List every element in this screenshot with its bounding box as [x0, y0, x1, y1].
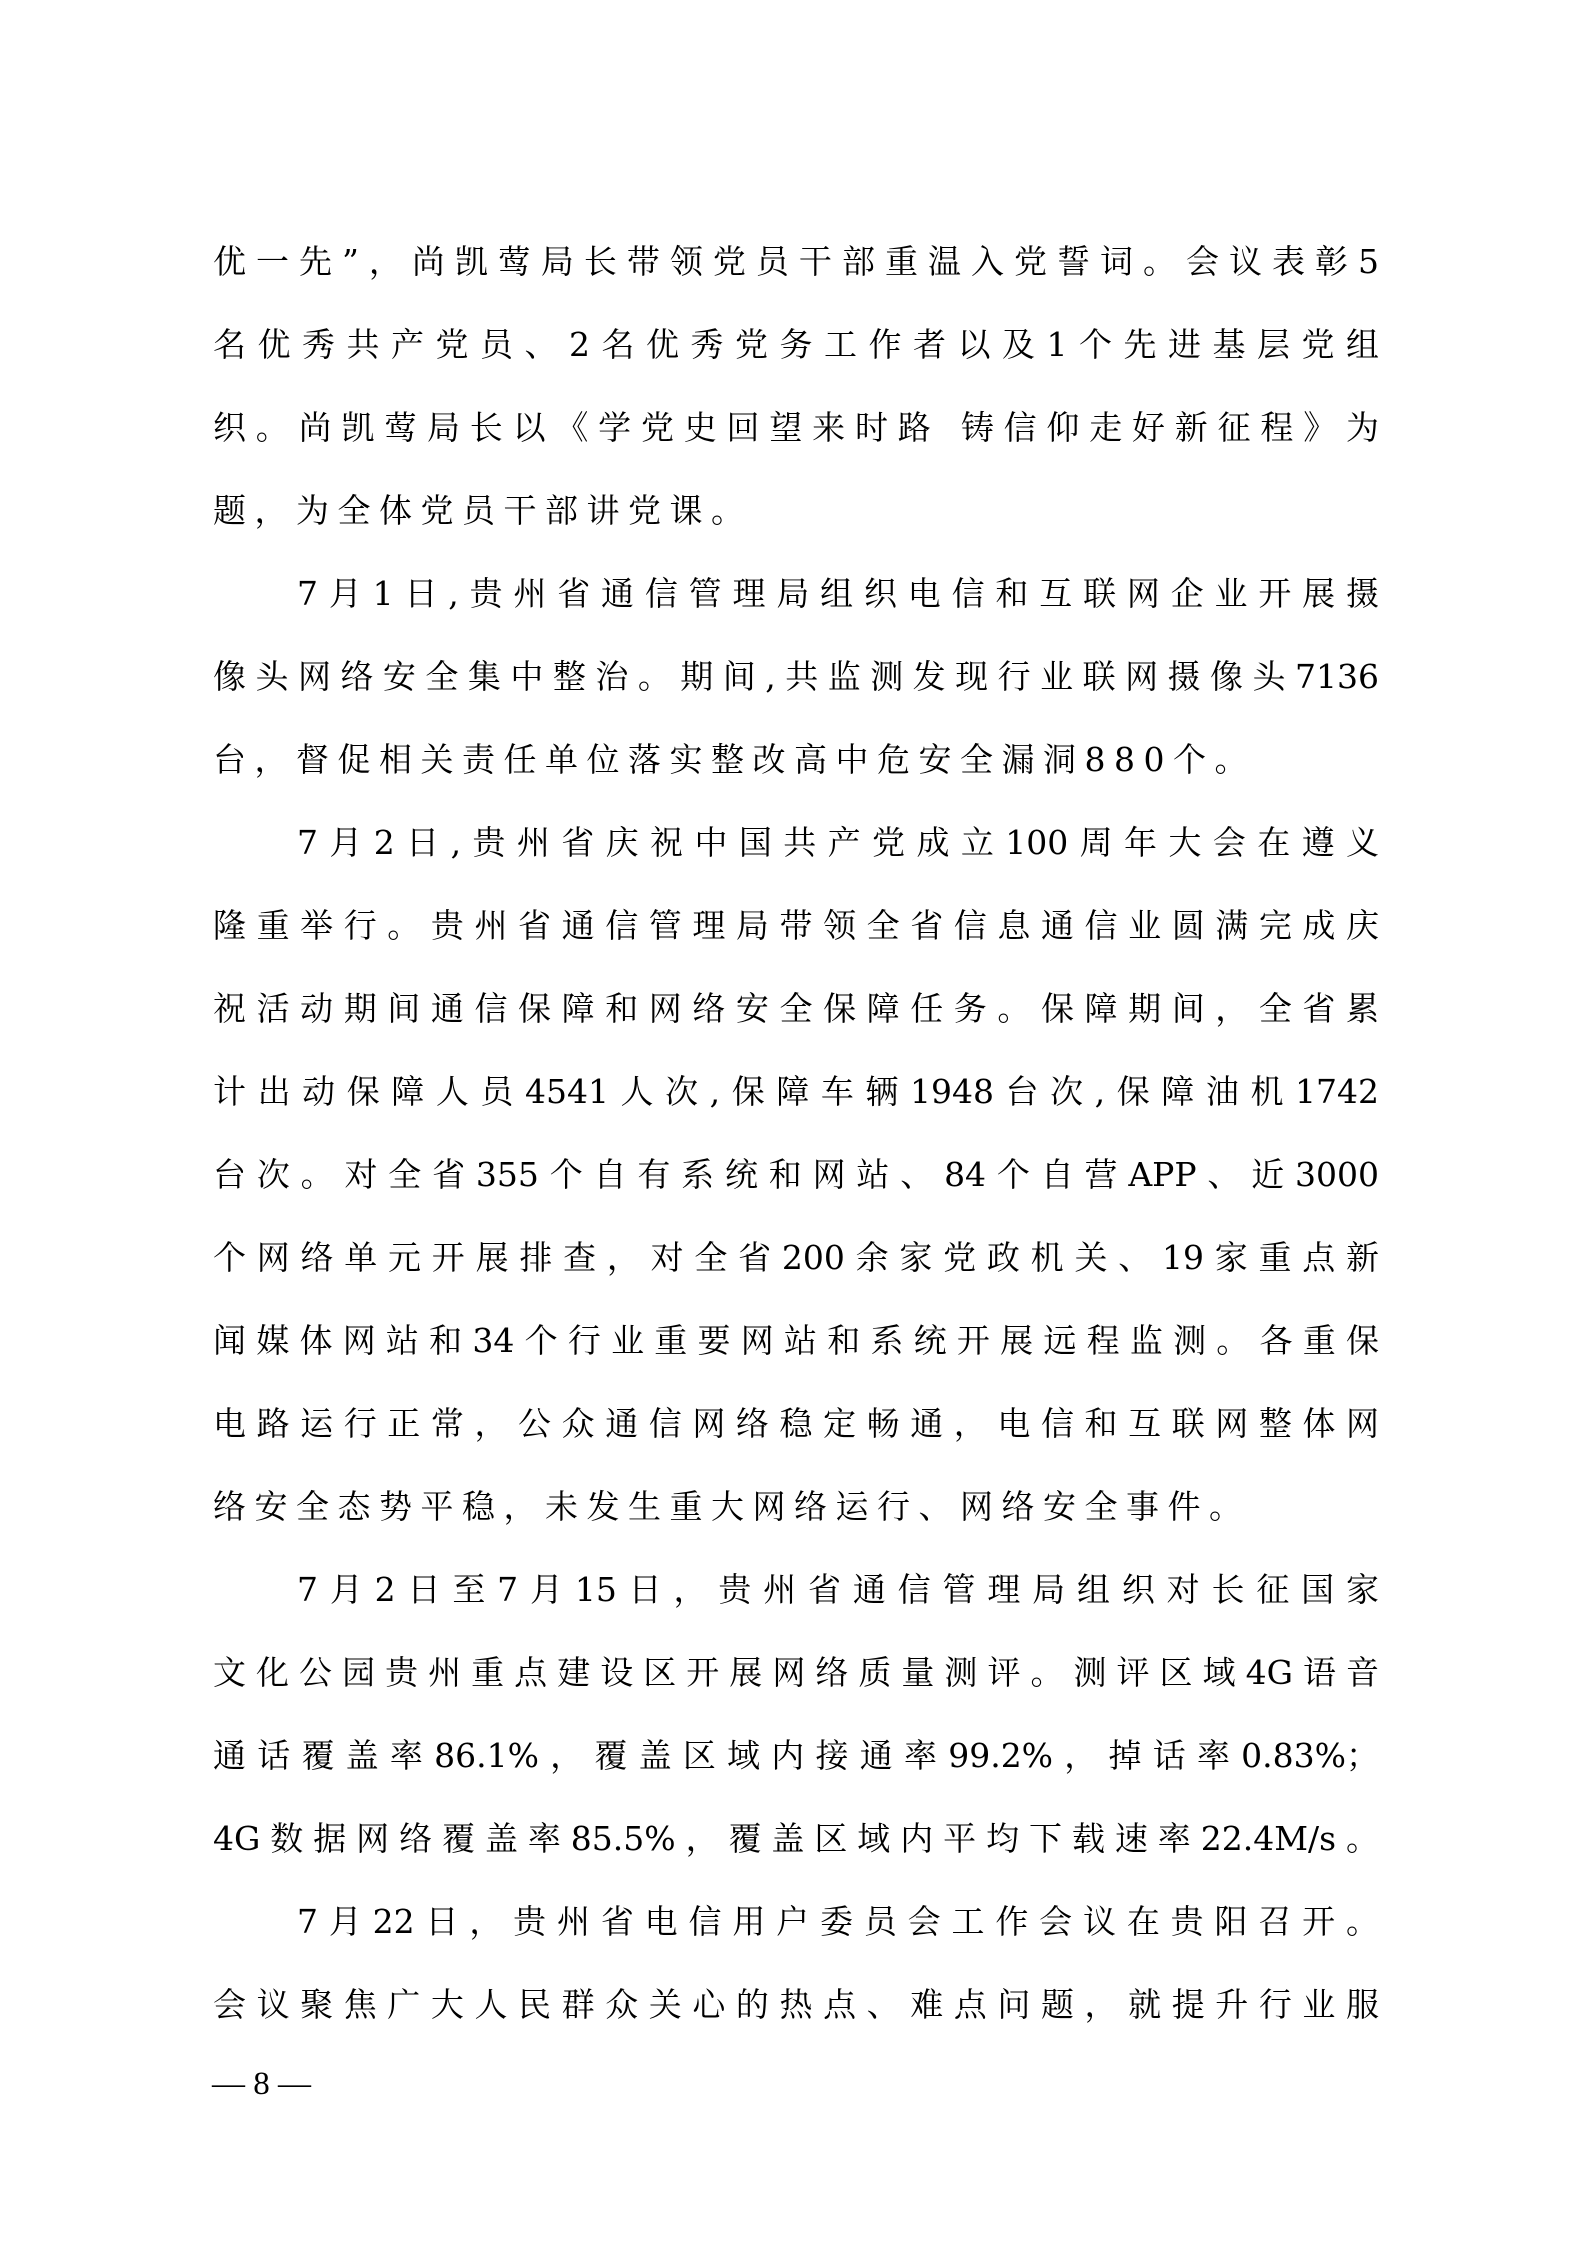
- text-line: 隆重举行。贵州省通信管理局带领全省信息通信业圆满完成庆: [213, 884, 1379, 967]
- paragraph-party-oath: 优一先”，尚凯莺局长带领党员干部重温入党誓词。会议表彰5 名优秀共产党员、2名优…: [213, 220, 1379, 552]
- text-line: 织。尚凯莺局长以《学党史回望来时路 铸信仰走好新征程》为: [213, 386, 1379, 469]
- page-number: — 8 —: [212, 2060, 311, 2108]
- text-line: 7月22日，贵州省电信用户委员会工作会议在贵阳召开。: [213, 1880, 1379, 1963]
- text-line: 计出动保障人员4541人次,保障车辆1948台次,保障油机1742: [213, 1050, 1379, 1133]
- text-line: 台次。对全省355个自有系统和网站、84个自营APP、近3000: [213, 1133, 1379, 1216]
- paragraph-july-1-camera-security: 7月1日,贵州省通信管理局组织电信和互联网企业开展摄 像头网络安全集中整治。期间…: [213, 552, 1379, 801]
- text-line: 优一先”，尚凯莺局长带领党员干部重温入党誓词。会议表彰5: [213, 220, 1379, 303]
- document-body: 优一先”，尚凯莺局长带领党员干部重温入党誓词。会议表彰5 名优秀共产党员、2名优…: [213, 220, 1379, 2046]
- paragraph-july-2-celebration-support: 7月2日,贵州省庆祝中国共产党成立100周年大会在遵义 隆重举行。贵州省通信管理…: [213, 801, 1379, 1548]
- text-line: 通话覆盖率86.1%，覆盖区域内接通率99.2%，掉话率0.83%；: [213, 1714, 1379, 1797]
- text-line: 闻媒体网站和34个行业重要网站和系统开展远程监测。各重保: [213, 1299, 1379, 1382]
- text-line: 7月2日,贵州省庆祝中国共产党成立100周年大会在遵义: [213, 801, 1379, 884]
- document-page: 优一先”，尚凯莺局长带领党员干部重温入党誓词。会议表彰5 名优秀共产党员、2名优…: [0, 0, 1587, 2245]
- text-line: 会议聚焦广大人民群众关心的热点、难点问题，就提升行业服: [213, 1963, 1379, 2046]
- text-line: 7月1日,贵州省通信管理局组织电信和互联网企业开展摄: [213, 552, 1379, 635]
- text-line: 名优秀共产党员、2名优秀党务工作者以及1个先进基层党组: [213, 303, 1379, 386]
- text-line: 祝活动期间通信保障和网络安全保障任务。保障期间，全省累: [213, 967, 1379, 1050]
- text-line: 7月2日至7月15日，贵州省通信管理局组织对长征国家: [213, 1548, 1379, 1631]
- text-line: 4G数据网络覆盖率85.5%，覆盖区域内平均下载速率22.4M/s。: [213, 1797, 1379, 1880]
- paragraph-network-quality-evaluation: 7月2日至7月15日，贵州省通信管理局组织对长征国家 文化公园贵州重点建设区开展…: [213, 1548, 1379, 1880]
- paragraph-july-22-user-committee: 7月22日，贵州省电信用户委员会工作会议在贵阳召开。 会议聚焦广大人民群众关心的…: [213, 1880, 1379, 2046]
- text-line: 文化公园贵州重点建设区开展网络质量测评。测评区域4G语音: [213, 1631, 1379, 1714]
- text-line: 个网络单元开展排查，对全省200余家党政机关、19家重点新: [213, 1216, 1379, 1299]
- text-line: 像头网络安全集中整治。期间,共监测发现行业联网摄像头7136: [213, 635, 1379, 718]
- text-line: 络安全态势平稳，未发生重大网络运行、网络安全事件。: [213, 1465, 1379, 1548]
- text-line: 题，为全体党员干部讲党课。: [213, 469, 1379, 552]
- text-line: 电路运行正常，公众通信网络稳定畅通，电信和互联网整体网: [213, 1382, 1379, 1465]
- text-line: 台，督促相关责任单位落实整改高中危安全漏洞880个。: [213, 718, 1379, 801]
